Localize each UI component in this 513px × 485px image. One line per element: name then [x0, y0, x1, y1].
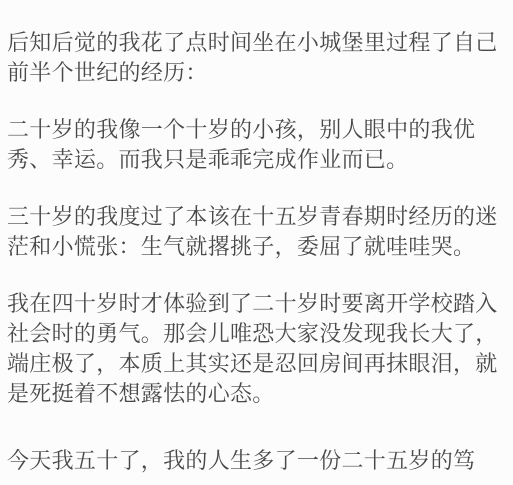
text-line: 前半个世纪的经历： [7, 58, 507, 88]
text-line: 端庄极了，本质上其实还是忍回房间再抹眼泪，就 [7, 349, 507, 379]
text-line: 二十岁的我像一个十岁的小孩，别人眼中的我优 [7, 115, 507, 145]
paragraph: 后知后觉的我花了点时间坐在小城堡里过程了自己前半个世纪的经历： [7, 28, 507, 88]
text-line: 是死挺着不想露怯的心态。 [7, 379, 507, 409]
text-line: 三十岁的我度过了本该在十五岁青春期时经历的迷 [7, 202, 507, 232]
text-line: 秀、幸运。而我只是乖乖完成作业而已。 [7, 145, 507, 175]
article-text-body: 后知后觉的我花了点时间坐在小城堡里过程了自己前半个世纪的经历：二十岁的我像一个十… [0, 0, 513, 485]
text-line: 茫和小慌张：生气就撂挑子，委屈了就哇哇哭。 [7, 232, 507, 262]
paragraph: 我在四十岁时才体验到了二十岁时要离开学校踏入社会时的勇气。那会儿唯恐大家没发现我… [7, 289, 507, 409]
paragraph: 二十岁的我像一个十岁的小孩，别人眼中的我优秀、幸运。而我只是乖乖完成作业而已。 [7, 115, 507, 175]
text-line: 我在四十岁时才体验到了二十岁时要离开学校踏入 [7, 289, 507, 319]
paragraph: 三十岁的我度过了本该在十五岁青春期时经历的迷茫和小慌张：生气就撂挑子，委屈了就哇… [7, 202, 507, 262]
text-line: 今天我五十了，我的人生多了一份二十五岁的笃 [7, 446, 507, 476]
text-line: 后知后觉的我花了点时间坐在小城堡里过程了自己 [7, 28, 507, 58]
text-line: 社会时的勇气。那会儿唯恐大家没发现我长大了， [7, 319, 507, 349]
paragraph: 今天我五十了，我的人生多了一份二十五岁的笃 [7, 446, 507, 476]
